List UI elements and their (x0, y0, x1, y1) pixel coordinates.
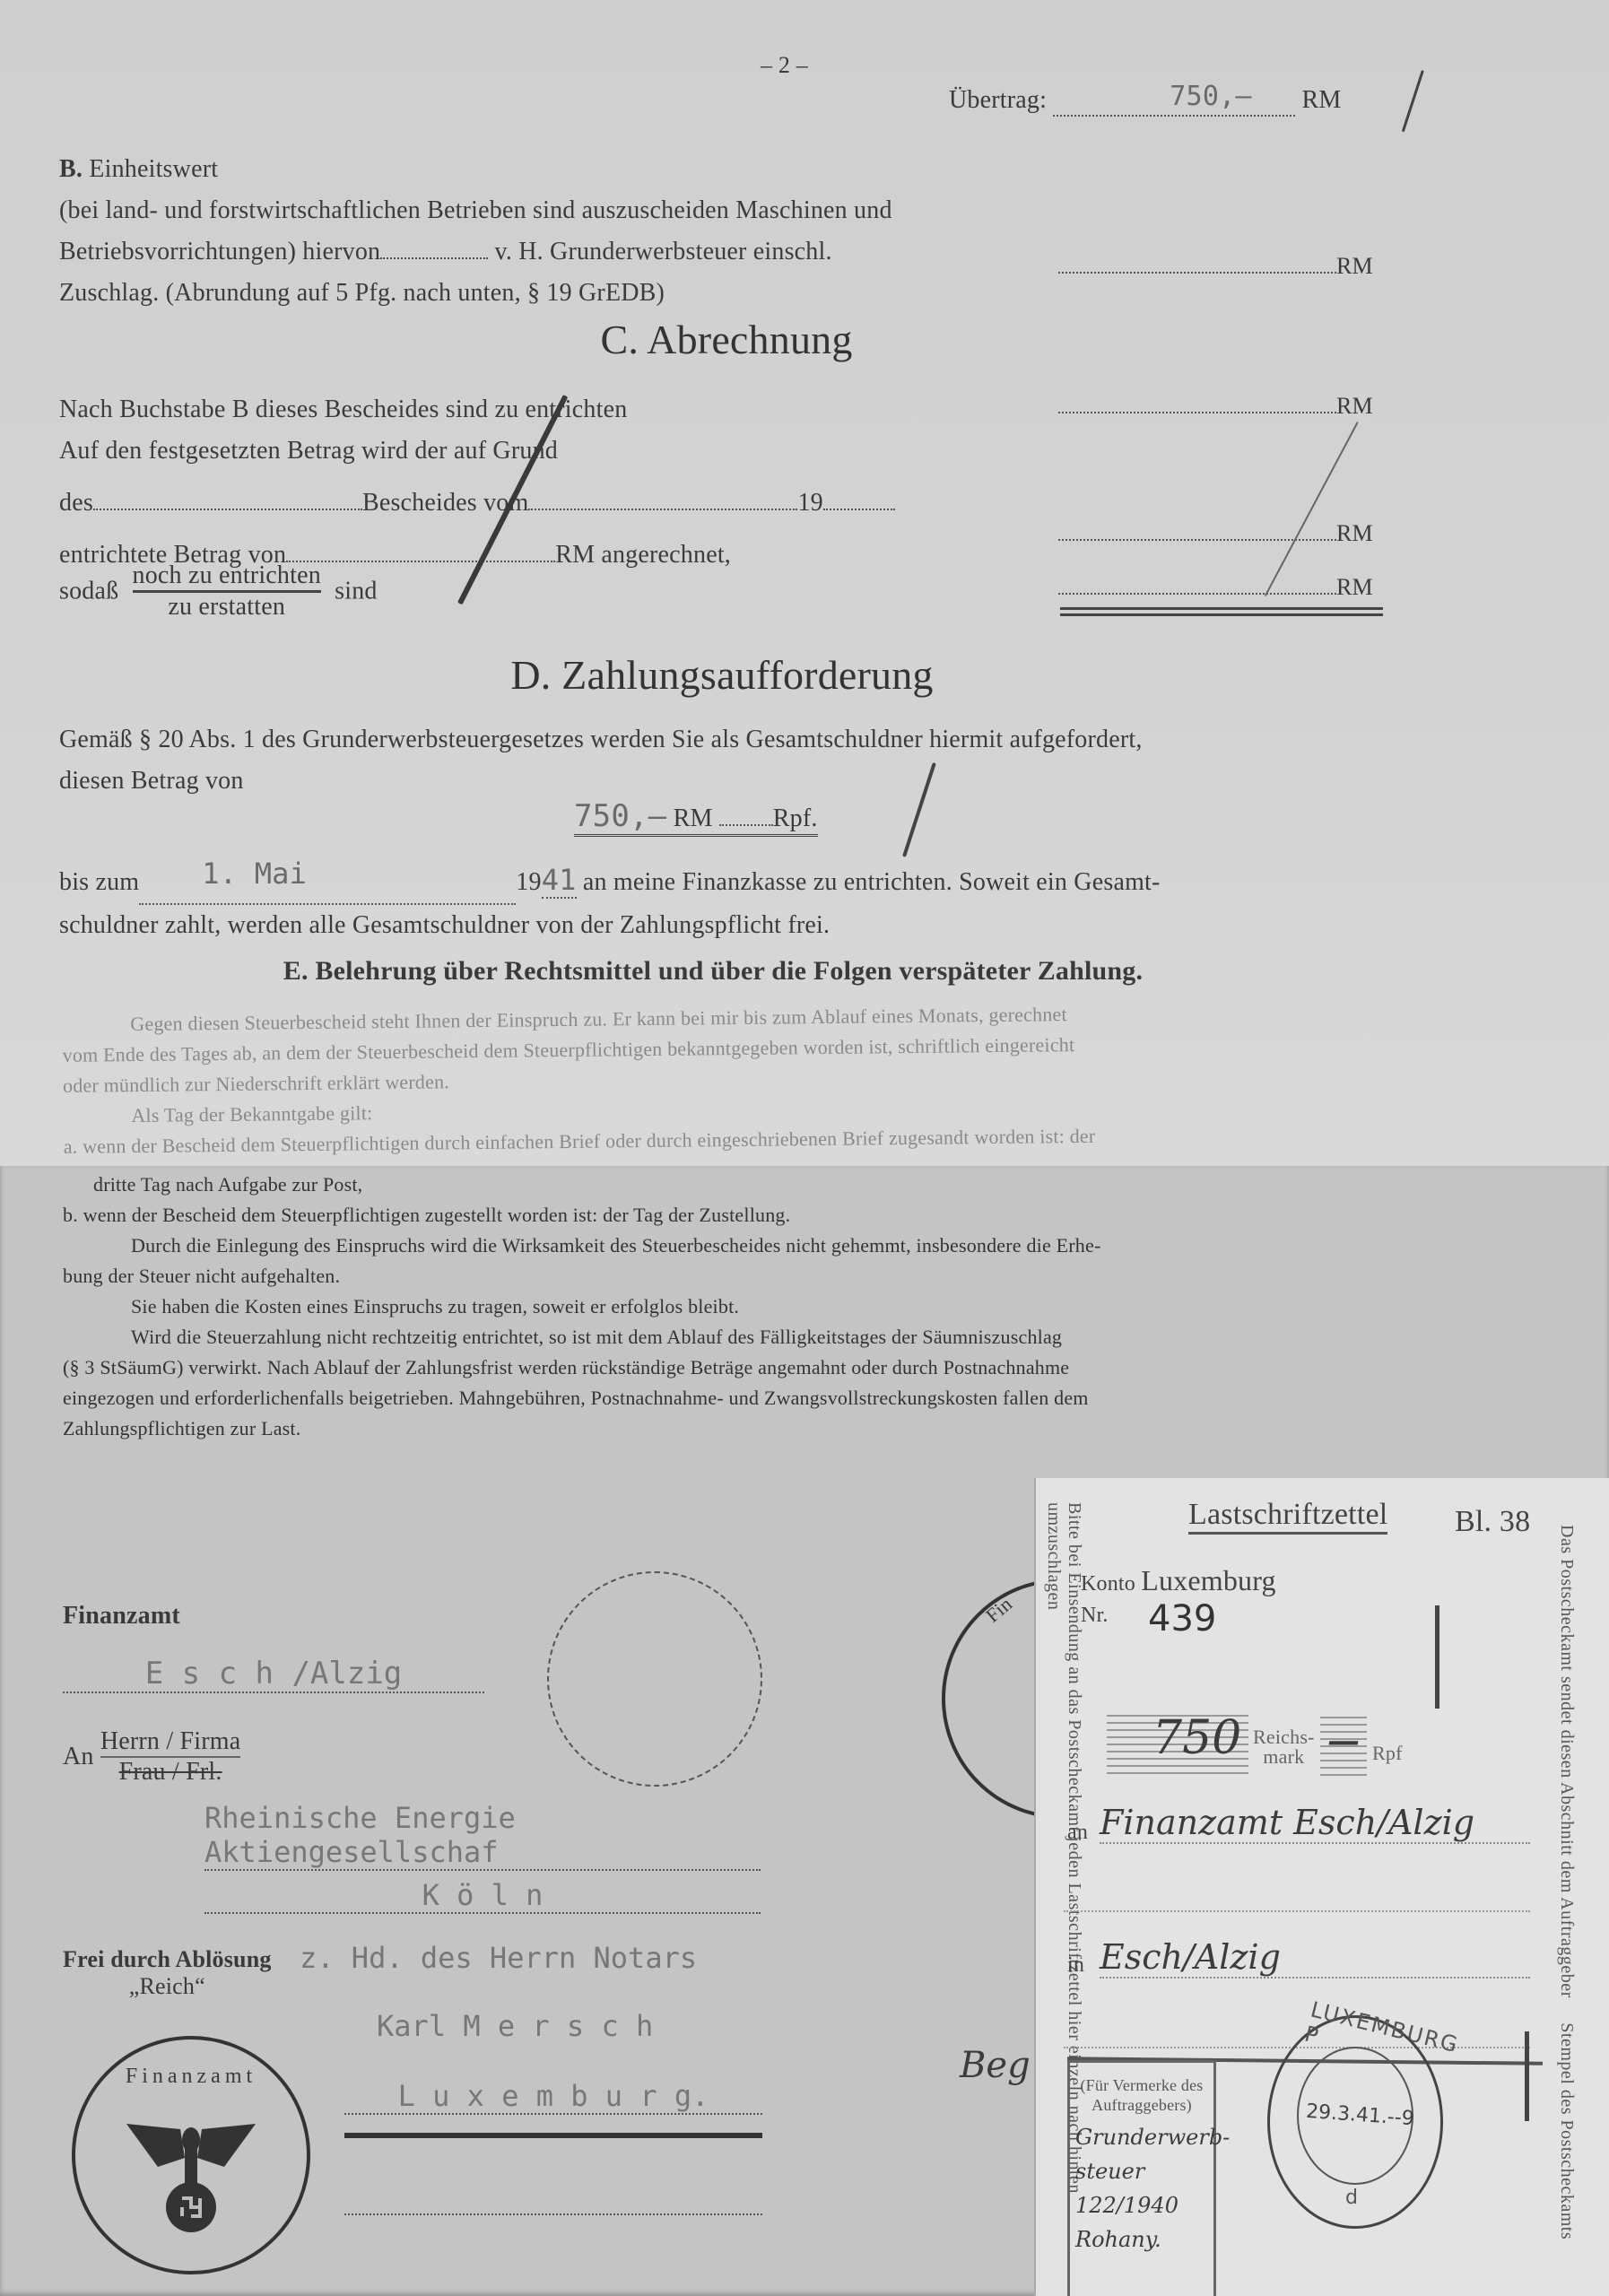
handwritten-mark: Beg (960, 2045, 1031, 2086)
payment-amount: 750,– RM Rpf. (574, 798, 818, 837)
section-b-amount: RM (1058, 253, 1373, 280)
finanzamt-seal: Finanzamt (72, 2036, 310, 2274)
fraction-numerator: noch zu entrichten (133, 561, 321, 593)
section-c-line2: Auf den festgesetzten Betrag wird der au… (59, 430, 974, 472)
slip-to-label: an (1067, 1821, 1088, 1845)
slip-amount: 750 (1152, 1711, 1241, 1765)
section-c-amount3: RM (1058, 574, 1373, 601)
carryover-value: 750,– (1170, 81, 1251, 112)
postage-note: Frei durch Ablösung „Reich“ (63, 1946, 272, 2000)
section-b-line2b: v. H. Grunderwerbsteuer einschl. (494, 238, 831, 265)
slip-rpf-value: — (1327, 1722, 1360, 1760)
remarks-box: (Für Vermerke des Auftraggebers) Grunder… (1067, 2060, 1216, 2296)
section-b-label: B. (59, 155, 83, 183)
slip-blank-line (1064, 1910, 1530, 1912)
section-e-upper: Gegen diesen Steuerbescheid steht Ihnen … (62, 996, 1409, 1162)
slip-title: Lastschriftzettel (1188, 1498, 1387, 1535)
remarks-hand-1: Grunderwerb- (1075, 2120, 1213, 2154)
slip-rpf-unit: Rpf (1372, 1742, 1403, 1765)
section-b-line2a: Betriebsvorrichtungen) hiervon (59, 238, 380, 265)
recipient-line-4: Karl M e r s c h (377, 2009, 653, 2043)
slip-in-label: in (1067, 1953, 1084, 1978)
postmark-letter: d (1345, 2187, 1358, 2209)
carryover-row: Übertrag: 750,– RM (949, 86, 1341, 117)
postage-stamp-placeholder (547, 1571, 762, 1787)
slip-to-value: Finanzamt Esch/Alzig (1100, 1803, 1530, 1844)
section-c-amount1: RM (1058, 393, 1373, 420)
slip-number-value: 439 (1148, 1598, 1216, 1639)
section-d-heading: D. Zahlungsaufforderung (0, 651, 1444, 699)
section-c-amount2: RM (1058, 520, 1373, 547)
section-b-line1: (bei land- und forstwirtschaftlichen Bet… (59, 190, 1046, 231)
section-e-lower: dritte Tag nach Aufgabe zur Post, b. wen… (63, 1170, 1408, 1444)
sender-place: E s c h /Alzig (63, 1656, 484, 1693)
section-b-line3: Zuschlag. (Abrundung auf 5 Pfg. nach unt… (59, 273, 1046, 314)
due-year: 41 (542, 863, 577, 899)
carryover-unit: RM (1302, 86, 1342, 114)
section-c-heading: C. Abrechnung (0, 316, 1453, 363)
eagle-emblem-icon (122, 2104, 260, 2239)
recipient-line-3: z. Hd. des Herrn Notars (300, 1941, 697, 1975)
postmark: LUXEMBURG P 29.3.41.--9 d (1267, 2015, 1443, 2229)
section-d-body: Gemäß § 20 Abs. 1 des Grunderwerbsteuerg… (59, 719, 1405, 802)
underline-bar (344, 2133, 762, 2138)
page-number: – 2 – (761, 52, 808, 79)
slip-in-value: Esch/Alzig (1100, 1937, 1530, 1979)
salutation-bottom: Frau / Frl. (100, 1758, 241, 1787)
due-date-row: bis zum1. Mai 1941 an meine Finanzkasse … (59, 859, 1422, 946)
sender-label: Finanzamt (63, 1602, 180, 1631)
fraction-denominator: zu erstatten (133, 593, 321, 622)
blank-address-line (344, 2213, 762, 2215)
due-day: 1. Mai (202, 853, 307, 894)
carryover-label: Übertrag: (949, 86, 1047, 114)
remarks-hand-4: Rohany. (1075, 2222, 1213, 2257)
section-b: B. Einheitswert (bei land- und forstwirt… (59, 149, 1046, 314)
section-c-body: Nach Buchstabe B dieses Bescheides sind … (59, 389, 974, 576)
recipient-line-1: Rheinische Energie Aktiengesellschaf (204, 1801, 761, 1871)
section-c-line5: sodaß noch zu entrichten zu erstatten si… (59, 561, 378, 622)
salutation-block: An Herrn / Firma Frau / Frl. (63, 1727, 240, 1787)
recipient-line-5: L u x e m b u r g. (344, 2079, 762, 2115)
slip-sheet-number: Bl. 38 (1455, 1505, 1530, 1539)
section-c-line1: Nach Buchstabe B dieses Bescheides sind … (59, 389, 974, 430)
recipient-line-2: K ö l n (204, 1878, 761, 1914)
slip-account: Konto Luxemburg (1081, 1564, 1276, 1597)
section-b-title: Einheitswert (89, 155, 218, 183)
slip-amount-unit: Reichs- mark (1253, 1727, 1315, 1767)
salutation-top: Herrn / Firma (100, 1727, 241, 1758)
double-rule (1060, 607, 1383, 610)
remarks-hand-3: 122/1940 (1075, 2188, 1213, 2222)
section-e-heading: E. Belehrung über Rechtsmittel und über … (0, 956, 1426, 987)
check-mark-icon (1525, 2031, 1529, 2121)
slip-right-margin-note: Das Postscheckamt sendet diesen Abschnit… (1556, 1525, 1577, 2239)
check-mark-icon (1435, 1605, 1439, 1709)
remarks-hand-2: steuer (1075, 2154, 1213, 2188)
slip-number-label: Nr. (1081, 1604, 1109, 1628)
